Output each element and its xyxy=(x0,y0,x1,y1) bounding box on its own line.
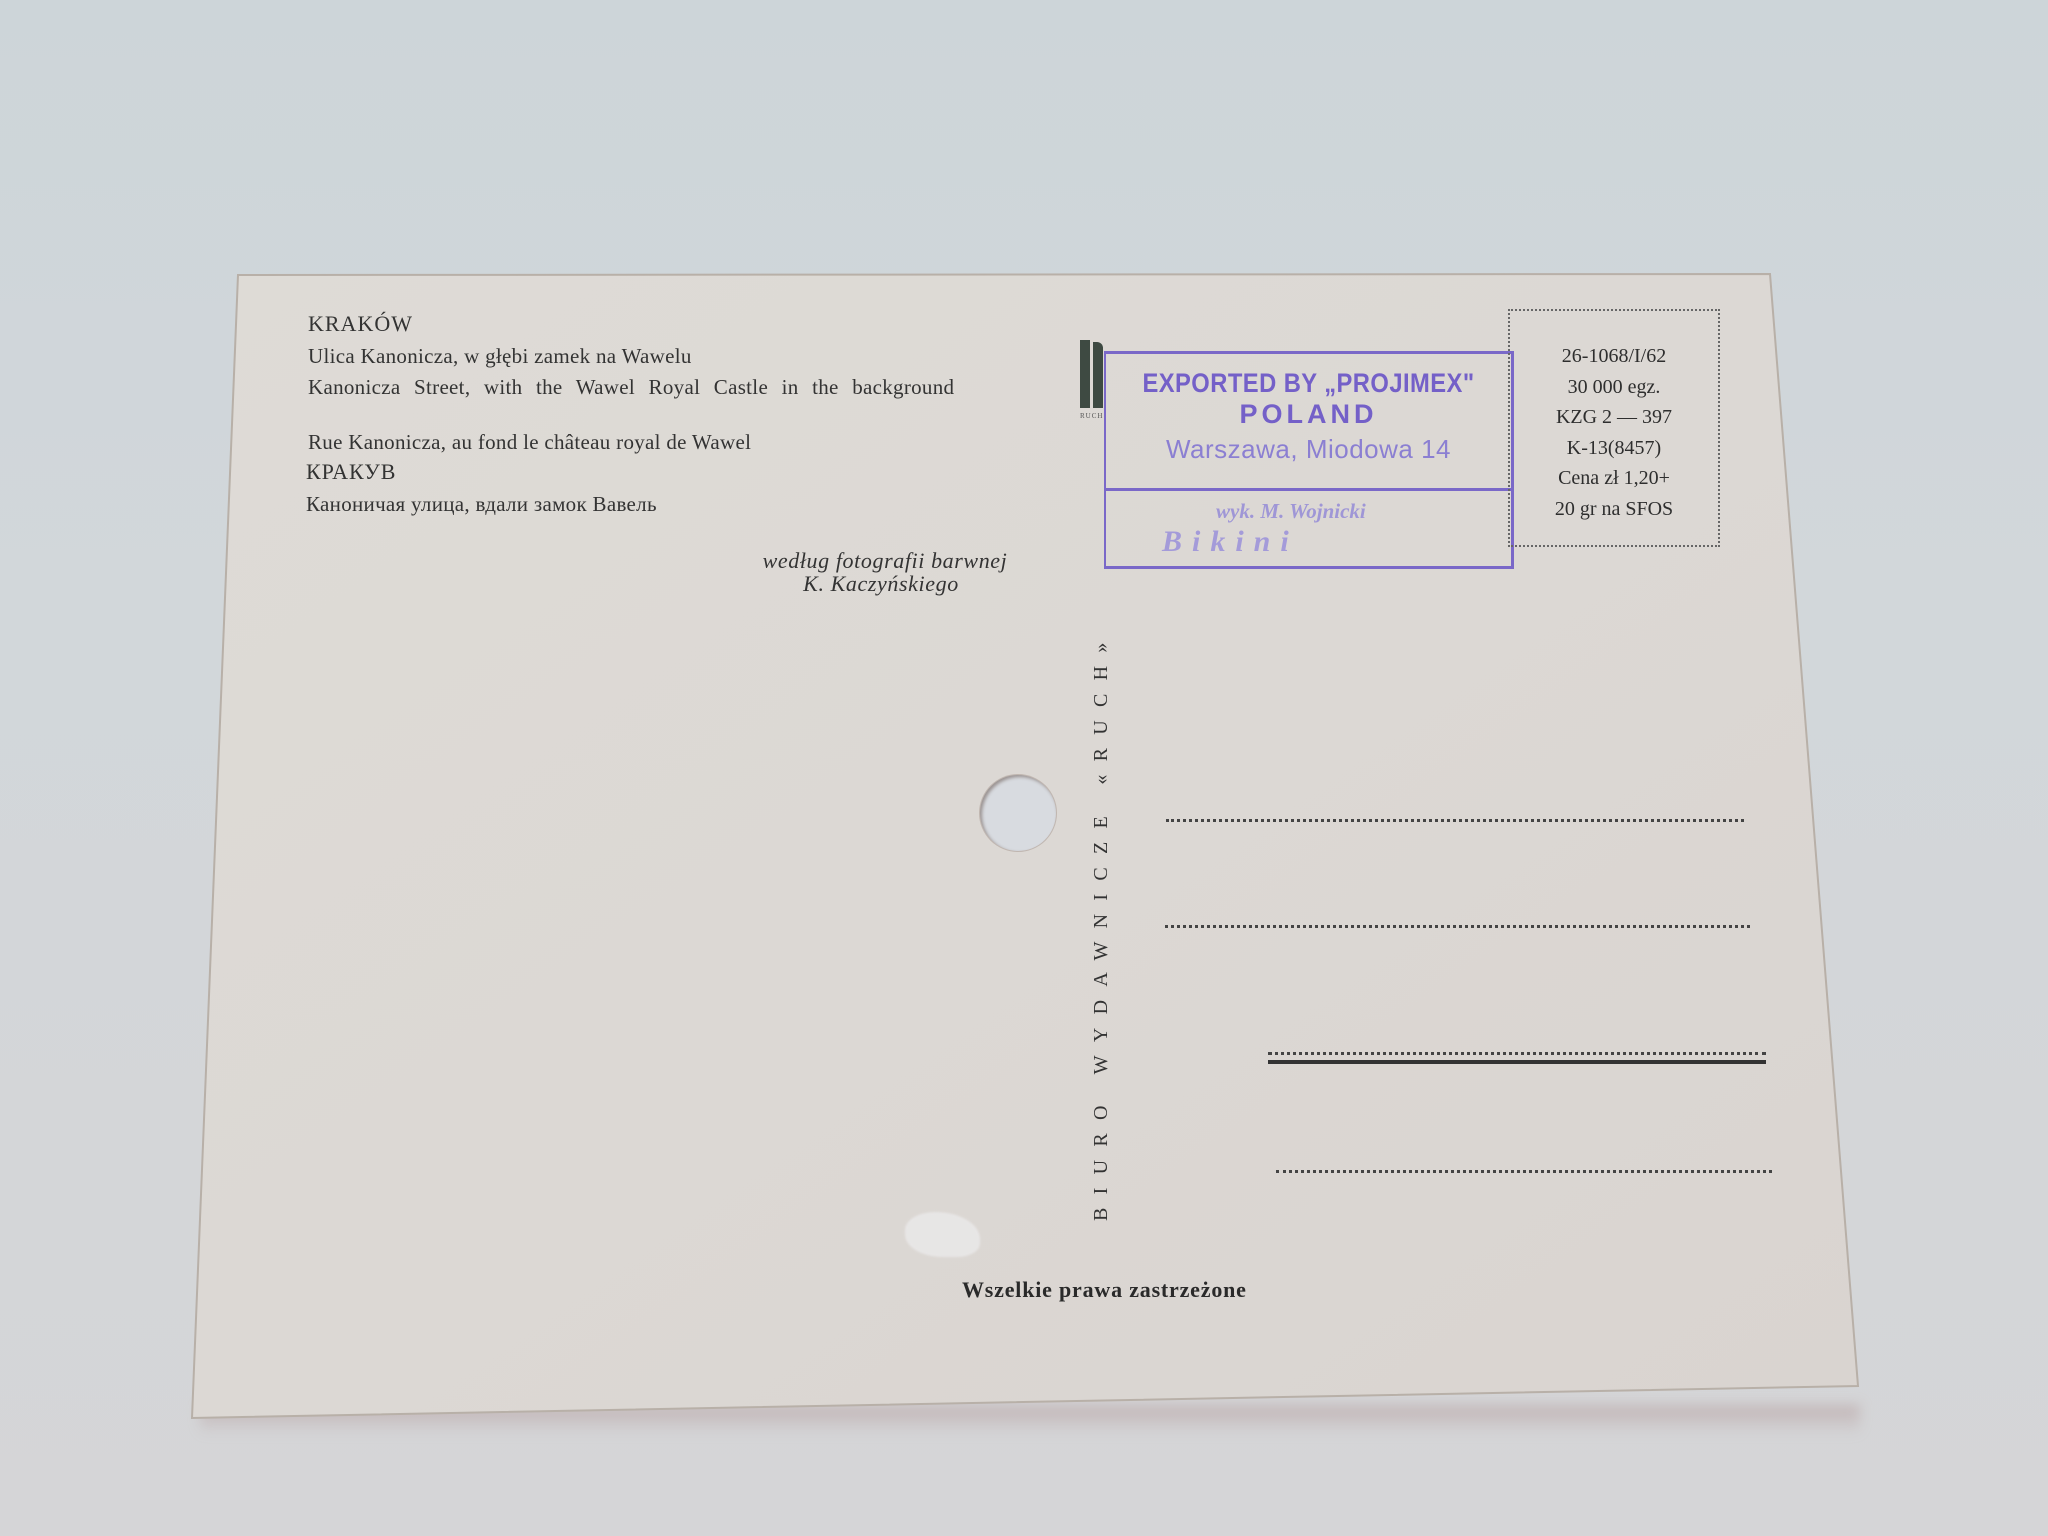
stamp-country: POLAND xyxy=(1106,399,1511,430)
address-line-4 xyxy=(1276,1170,1772,1173)
stamp-address: Warszawa, Miodowa 14 xyxy=(1106,434,1511,465)
punched-hole xyxy=(980,775,1056,851)
photo-credit-line2: K. Kaczyńskiego xyxy=(716,572,1046,596)
address-line-1 xyxy=(1166,819,1744,822)
publication-info-box: 26-1068/I/62 30 000 egz. KZG 2 — 397 K-1… xyxy=(1508,309,1720,547)
info-line: 30 000 egz. xyxy=(1510,372,1718,403)
info-line: K-13(8457) xyxy=(1510,433,1718,464)
info-line: KZG 2 — 397 xyxy=(1510,402,1718,433)
export-stamp: EXPORTED BY „PROJIMEX" POLAND Warszawa, … xyxy=(1104,351,1514,569)
photo-credit-line1: według fotografii barwnej xyxy=(720,549,1050,573)
stamp-name: Bikini xyxy=(1162,525,1299,559)
caption-title-russian: КРАКУВ xyxy=(306,460,396,484)
postcard: KRAKÓW Ulica Kanonicza, w głębi zamek na… xyxy=(0,0,2048,1536)
caption-polish: Ulica Kanonicza, w głębi zamek na Wawelu xyxy=(308,344,692,368)
caption-title-polish: KRAKÓW xyxy=(308,312,413,336)
logo-label: RUCH xyxy=(1080,412,1103,420)
stamp-maker: wyk. M. Wojnicki xyxy=(1216,499,1366,524)
address-line-2 xyxy=(1165,925,1750,928)
rights-reserved-text: Wszelkie prawa zastrzeżone xyxy=(962,1277,1247,1303)
caption-french: Rue Kanonicza, au fond le château royal … xyxy=(308,430,751,454)
publisher-vertical-text: BIURO WYDAWNICZE «RUCH» xyxy=(1090,629,1113,1221)
info-line: Cena zł 1,20+ xyxy=(1510,463,1718,494)
postcard-back xyxy=(0,0,2048,1536)
caption-english: Kanonicza Street, with the Wawel Royal C… xyxy=(308,375,984,399)
info-line: 20 gr na SFOS xyxy=(1510,494,1718,525)
caption-russian: Каноничая улица, вдали замок Вавель xyxy=(306,492,657,516)
stamp-exporter: EXPORTED BY „PROJIMEX" xyxy=(1130,368,1486,399)
info-line: 26-1068/I/62 xyxy=(1510,341,1718,372)
address-line-3-solid xyxy=(1268,1060,1766,1064)
address-line-3-dotted xyxy=(1268,1052,1766,1055)
